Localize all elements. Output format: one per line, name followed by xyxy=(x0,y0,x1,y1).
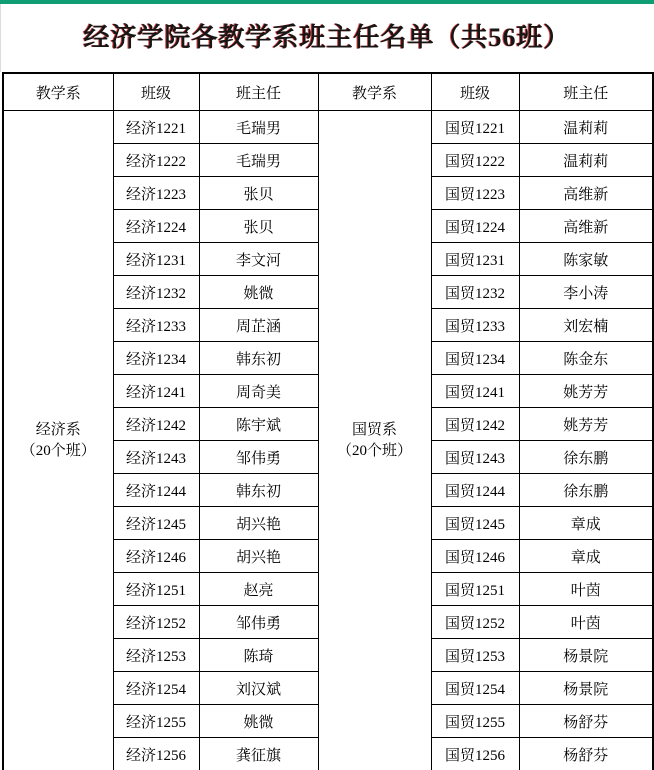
teacher-cell: 杨舒芬 xyxy=(519,738,653,770)
class-cell: 经济1256 xyxy=(113,738,199,770)
class-cell: 经济1232 xyxy=(113,276,199,309)
class-cell: 经济1234 xyxy=(113,342,199,375)
teacher-cell: 徐东鹏 xyxy=(519,474,653,507)
teacher-cell: 杨舒芬 xyxy=(519,705,653,738)
class-cell: 经济1224 xyxy=(113,210,199,243)
table-row: 经济系（20个班）经济1221毛瑞男国贸系（20个班）国贸1221温莉莉 xyxy=(3,111,653,144)
teacher-cell: 叶茵 xyxy=(519,606,653,639)
class-cell: 国贸1253 xyxy=(431,639,519,672)
class-cell: 经济1241 xyxy=(113,375,199,408)
department-name: 国贸系 xyxy=(319,420,431,441)
teacher-cell: 温莉莉 xyxy=(519,111,653,144)
teacher-cell: 陈琦 xyxy=(199,639,318,672)
teacher-cell: 张贝 xyxy=(199,210,318,243)
document-page: 经济学院各教学系班主任名单（共56班） 教学系 班级 班主任 教学系 班级 班主… xyxy=(0,0,654,770)
teacher-cell: 叶茵 xyxy=(519,573,653,606)
class-cell: 国贸1242 xyxy=(431,408,519,441)
class-cell: 国贸1231 xyxy=(431,243,519,276)
class-cell: 国贸1252 xyxy=(431,606,519,639)
teacher-cell: 陈金东 xyxy=(519,342,653,375)
teacher-cell: 姚芳芳 xyxy=(519,375,653,408)
class-cell: 经济1254 xyxy=(113,672,199,705)
class-cell: 国贸1234 xyxy=(431,342,519,375)
department-cell: 国贸系（20个班） xyxy=(318,111,431,770)
class-cell: 国贸1221 xyxy=(431,111,519,144)
page-title: 经济学院各教学系班主任名单（共56班） xyxy=(0,4,654,72)
department-name: 经济系 xyxy=(4,420,113,441)
teacher-cell: 邹伟勇 xyxy=(199,606,318,639)
class-cell: 国贸1223 xyxy=(431,177,519,210)
department-class-count: （20个班） xyxy=(4,441,113,462)
header-cell-department-right: 教学系 xyxy=(318,73,431,111)
department-cell: 经济系（20个班） xyxy=(3,111,113,770)
class-cell: 国贸1243 xyxy=(431,441,519,474)
class-cell: 国贸1241 xyxy=(431,375,519,408)
teacher-cell: 韩东初 xyxy=(199,342,318,375)
table-header-row: 教学系 班级 班主任 教学系 班级 班主任 xyxy=(3,73,653,111)
class-cell: 经济1244 xyxy=(113,474,199,507)
teacher-cell: 章成 xyxy=(519,540,653,573)
teacher-cell: 周奇美 xyxy=(199,375,318,408)
class-cell: 经济1246 xyxy=(113,540,199,573)
teacher-cell: 毛瑞男 xyxy=(199,111,318,144)
table-body: 经济系（20个班）经济1221毛瑞男国贸系（20个班）国贸1221温莉莉经济12… xyxy=(3,111,653,770)
teacher-cell: 邹伟勇 xyxy=(199,441,318,474)
teacher-cell: 杨景院 xyxy=(519,639,653,672)
header-cell-class-right: 班级 xyxy=(431,73,519,111)
class-cell: 经济1251 xyxy=(113,573,199,606)
class-cell: 经济1223 xyxy=(113,177,199,210)
header-cell-teacher-left: 班主任 xyxy=(199,73,318,111)
header-cell-class-left: 班级 xyxy=(113,73,199,111)
teacher-cell: 姚芳芳 xyxy=(519,408,653,441)
class-cell: 经济1243 xyxy=(113,441,199,474)
teacher-cell: 胡兴艳 xyxy=(199,507,318,540)
class-cell: 经济1252 xyxy=(113,606,199,639)
teacher-cell: 毛瑞男 xyxy=(199,144,318,177)
class-cell: 国贸1245 xyxy=(431,507,519,540)
class-cell: 国贸1246 xyxy=(431,540,519,573)
teacher-cell: 陈宇斌 xyxy=(199,408,318,441)
teacher-cell: 杨景院 xyxy=(519,672,653,705)
class-cell: 经济1233 xyxy=(113,309,199,342)
teacher-cell: 陈家敏 xyxy=(519,243,653,276)
teacher-cell: 韩东初 xyxy=(199,474,318,507)
class-cell: 经济1242 xyxy=(113,408,199,441)
teacher-cell: 温莉莉 xyxy=(519,144,653,177)
class-cell: 国贸1244 xyxy=(431,474,519,507)
teacher-cell: 张贝 xyxy=(199,177,318,210)
teacher-cell: 周芷涵 xyxy=(199,309,318,342)
class-cell: 国贸1251 xyxy=(431,573,519,606)
teacher-cell: 赵亮 xyxy=(199,573,318,606)
class-cell: 经济1245 xyxy=(113,507,199,540)
header-cell-department-left: 教学系 xyxy=(3,73,113,111)
class-cell: 国贸1233 xyxy=(431,309,519,342)
class-cell: 经济1221 xyxy=(113,111,199,144)
teacher-cell: 胡兴艳 xyxy=(199,540,318,573)
teacher-cell: 刘汉斌 xyxy=(199,672,318,705)
teacher-cell: 李文河 xyxy=(199,243,318,276)
teacher-cell: 姚微 xyxy=(199,276,318,309)
class-cell: 国贸1232 xyxy=(431,276,519,309)
class-cell: 经济1231 xyxy=(113,243,199,276)
class-teacher-table: 教学系 班级 班主任 教学系 班级 班主任 经济系（20个班）经济1221毛瑞男… xyxy=(2,72,654,770)
window-left-edge-line xyxy=(0,4,1,72)
teacher-cell: 李小涛 xyxy=(519,276,653,309)
class-cell: 经济1255 xyxy=(113,705,199,738)
teacher-cell: 高维新 xyxy=(519,210,653,243)
teacher-cell: 刘宏楠 xyxy=(519,309,653,342)
header-cell-teacher-right: 班主任 xyxy=(519,73,653,111)
teacher-cell: 姚微 xyxy=(199,705,318,738)
teacher-cell: 徐东鹏 xyxy=(519,441,653,474)
class-cell: 国贸1256 xyxy=(431,738,519,770)
teacher-cell: 龚征旗 xyxy=(199,738,318,770)
teacher-cell: 高维新 xyxy=(519,177,653,210)
teacher-cell: 章成 xyxy=(519,507,653,540)
class-cell: 国贸1254 xyxy=(431,672,519,705)
class-cell: 经济1253 xyxy=(113,639,199,672)
class-cell: 国贸1255 xyxy=(431,705,519,738)
class-cell: 经济1222 xyxy=(113,144,199,177)
department-class-count: （20个班） xyxy=(319,441,431,462)
class-cell: 国贸1222 xyxy=(431,144,519,177)
class-cell: 国贸1224 xyxy=(431,210,519,243)
